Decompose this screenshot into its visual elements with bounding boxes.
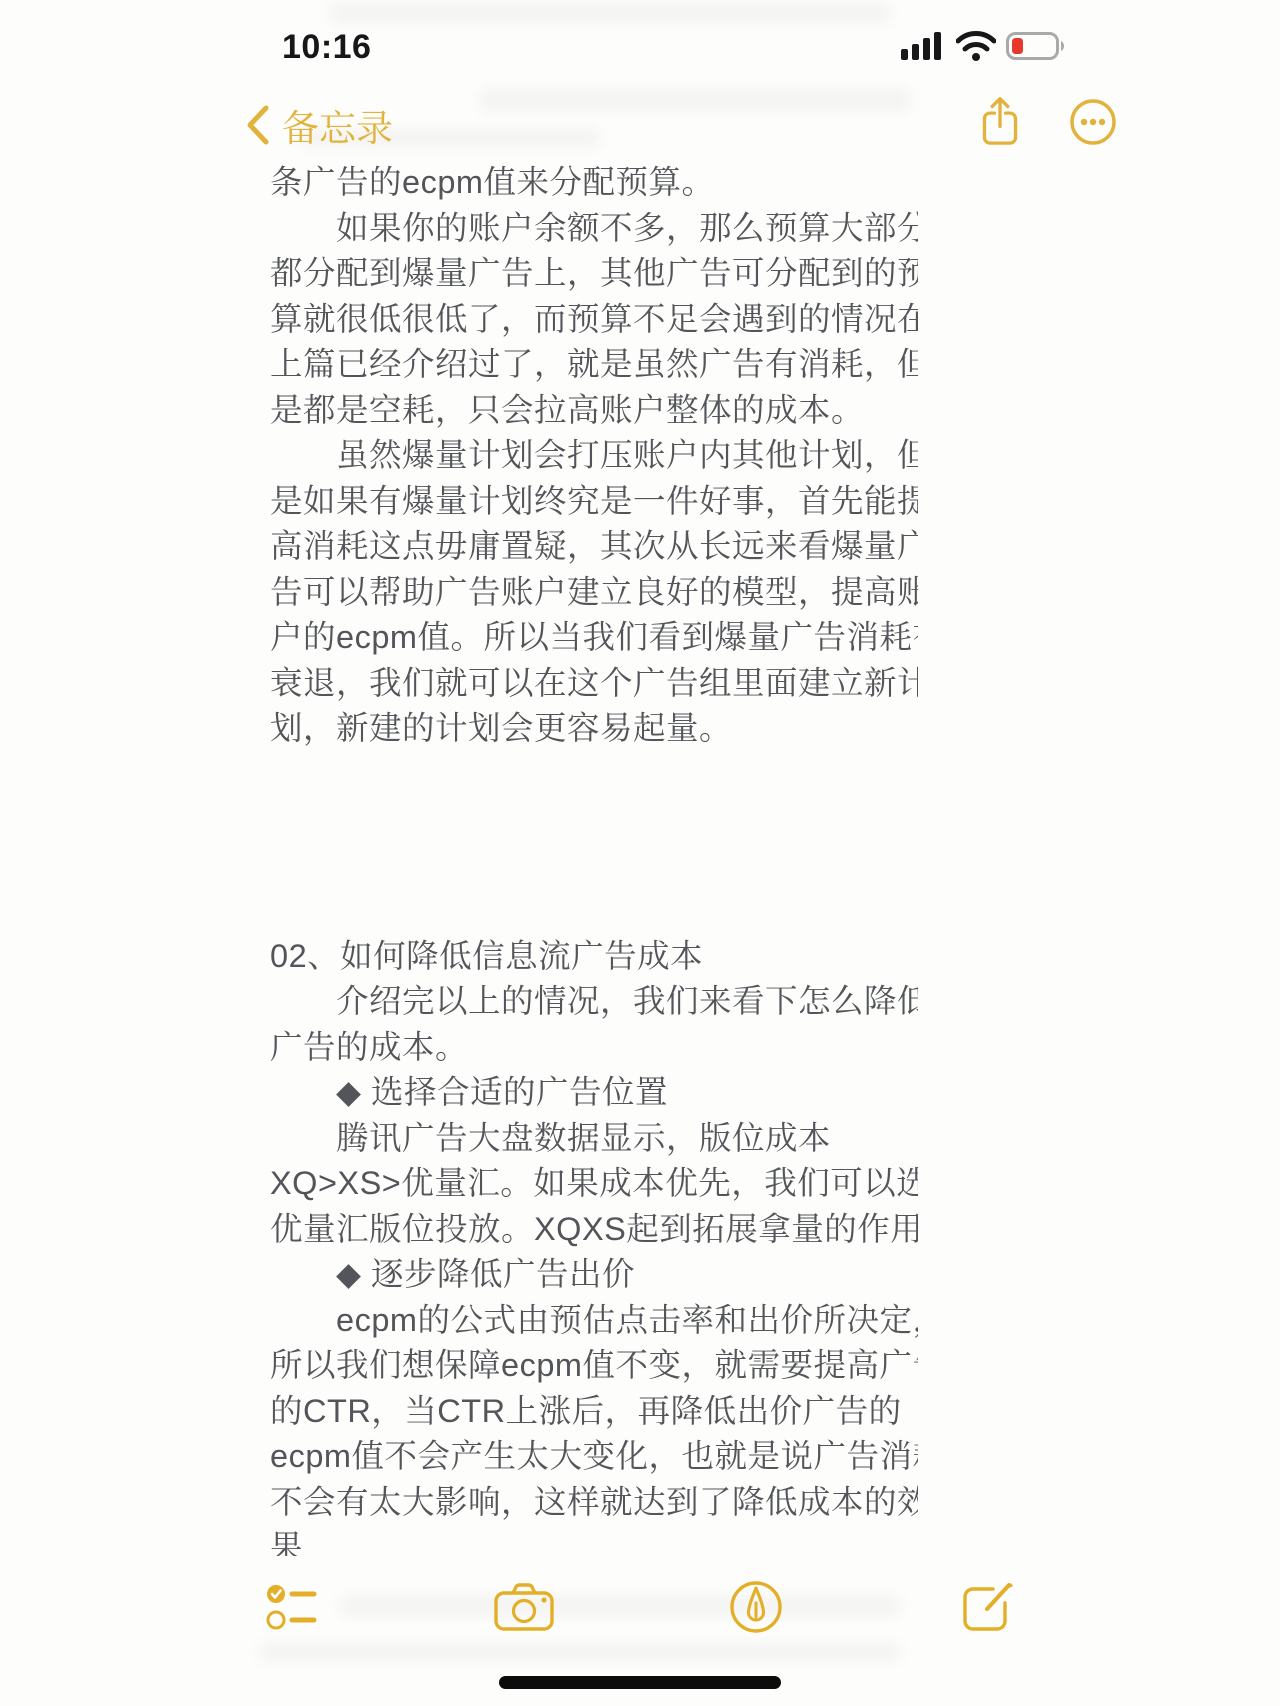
note-text-line: ◆ 选择合适的广告位置	[270, 1070, 918, 1116]
note-text-line: 算就很低很低了，而预算不足会遇到的情况在	[270, 297, 918, 343]
note-text-line: 高消耗这点毋庸置疑，其次从长远来看爆量广	[270, 524, 918, 570]
note-text-line: 是都是空耗，只会拉高账户整体的成本。	[270, 388, 918, 434]
battery-low-icon	[1006, 31, 1068, 61]
bleed-through-smudge	[260, 1642, 900, 1662]
note-text-line: 户的ecpm值。所以当我们看到爆量广告消耗有	[270, 615, 918, 661]
note-text-line: 上篇已经介绍过了，就是虽然广告有消耗，但	[270, 342, 918, 388]
bleed-through-smudge	[330, 2, 890, 24]
bottom-toolbar	[262, 1572, 1018, 1642]
back-button[interactable]: 备忘录	[246, 98, 393, 152]
note-text-line	[270, 752, 918, 798]
note-text-line: 告可以帮助广告账户建立良好的模型，提高账	[270, 570, 918, 616]
note-text-line: 衰退，我们就可以在这个广告组里面建立新计	[270, 661, 918, 707]
note-text-line: 都分配到爆量广告上，其他广告可分配到的预	[270, 251, 918, 297]
markup-pen-icon	[728, 1579, 784, 1635]
cellular-signal-icon	[900, 30, 946, 62]
note-text-line: 不会有太大影响，这样就达到了降低成本的效	[270, 1480, 918, 1526]
note-text-line	[270, 888, 918, 934]
note-text-line	[270, 797, 918, 843]
note-text-line: 腾讯广告大盘数据显示，版位成本	[270, 1116, 918, 1162]
wifi-icon	[956, 30, 996, 62]
note-text-line: 优量汇版位投放。XQXS起到拓展拿量的作用。	[270, 1207, 918, 1253]
note-text-line: 02、如何降低信息流广告成本	[270, 934, 918, 980]
notes-app-screen: 10:16	[0, 0, 1280, 1706]
clock-time: 10:16	[282, 28, 371, 67]
note-content[interactable]: 条广告的ecpm值来分配预算。 如果你的账户余额不多，那么预算大部分都分配到爆量…	[270, 160, 918, 1556]
note-text-line: 广告的成本。	[270, 1025, 918, 1071]
compose-icon	[959, 1579, 1015, 1635]
markup-button[interactable]	[725, 1576, 787, 1638]
note-text-line: 介绍完以上的情况，我们来看下怎么降低	[270, 979, 918, 1025]
note-text-line: ecpm值不会产生太大变化，也就是说广告消耗	[270, 1434, 918, 1480]
note-text-line	[270, 843, 918, 889]
note-text-line: 所以我们想保障ecpm值不变，就需要提高广告	[270, 1343, 918, 1389]
home-indicator[interactable]	[499, 1676, 781, 1689]
camera-button[interactable]	[493, 1576, 555, 1638]
note-text-line: 是如果有爆量计划终究是一件好事，首先能提	[270, 479, 918, 525]
back-button-label: 备忘录	[282, 98, 393, 152]
note-text-line: 的CTR，当CTR上涨后，再降低出价广告的	[270, 1389, 918, 1435]
more-options-button[interactable]	[1068, 97, 1118, 147]
note-text-line: ecpm的公式由预估点击率和出价所决定，	[270, 1298, 918, 1344]
ellipsis-circle-icon	[1068, 97, 1118, 147]
note-text-line: ◆ 逐步降低广告出价	[270, 1252, 918, 1298]
camera-icon	[493, 1581, 555, 1633]
note-text-line: 虽然爆量计划会打压账户内其他计划，但	[270, 433, 918, 479]
share-button[interactable]	[980, 96, 1020, 148]
note-text-line: XQ>XS>优量汇。如果成本优先，我们可以选择	[270, 1161, 918, 1207]
share-icon	[980, 96, 1020, 148]
note-text-line: 果	[270, 1525, 918, 1556]
note-text-line: 划，新建的计划会更容易起量。	[270, 706, 918, 752]
note-text-line: 如果你的账户余额不多，那么预算大部分	[270, 206, 918, 252]
nav-bar: 备忘录	[246, 96, 940, 152]
compose-button[interactable]	[956, 1576, 1018, 1638]
note-text-line: 条广告的ecpm值来分配预算。	[270, 160, 918, 206]
checklist-icon	[264, 1578, 322, 1636]
status-bar: 10:16	[250, 22, 950, 66]
checklist-button[interactable]	[262, 1576, 324, 1638]
back-chevron-icon	[246, 104, 270, 146]
